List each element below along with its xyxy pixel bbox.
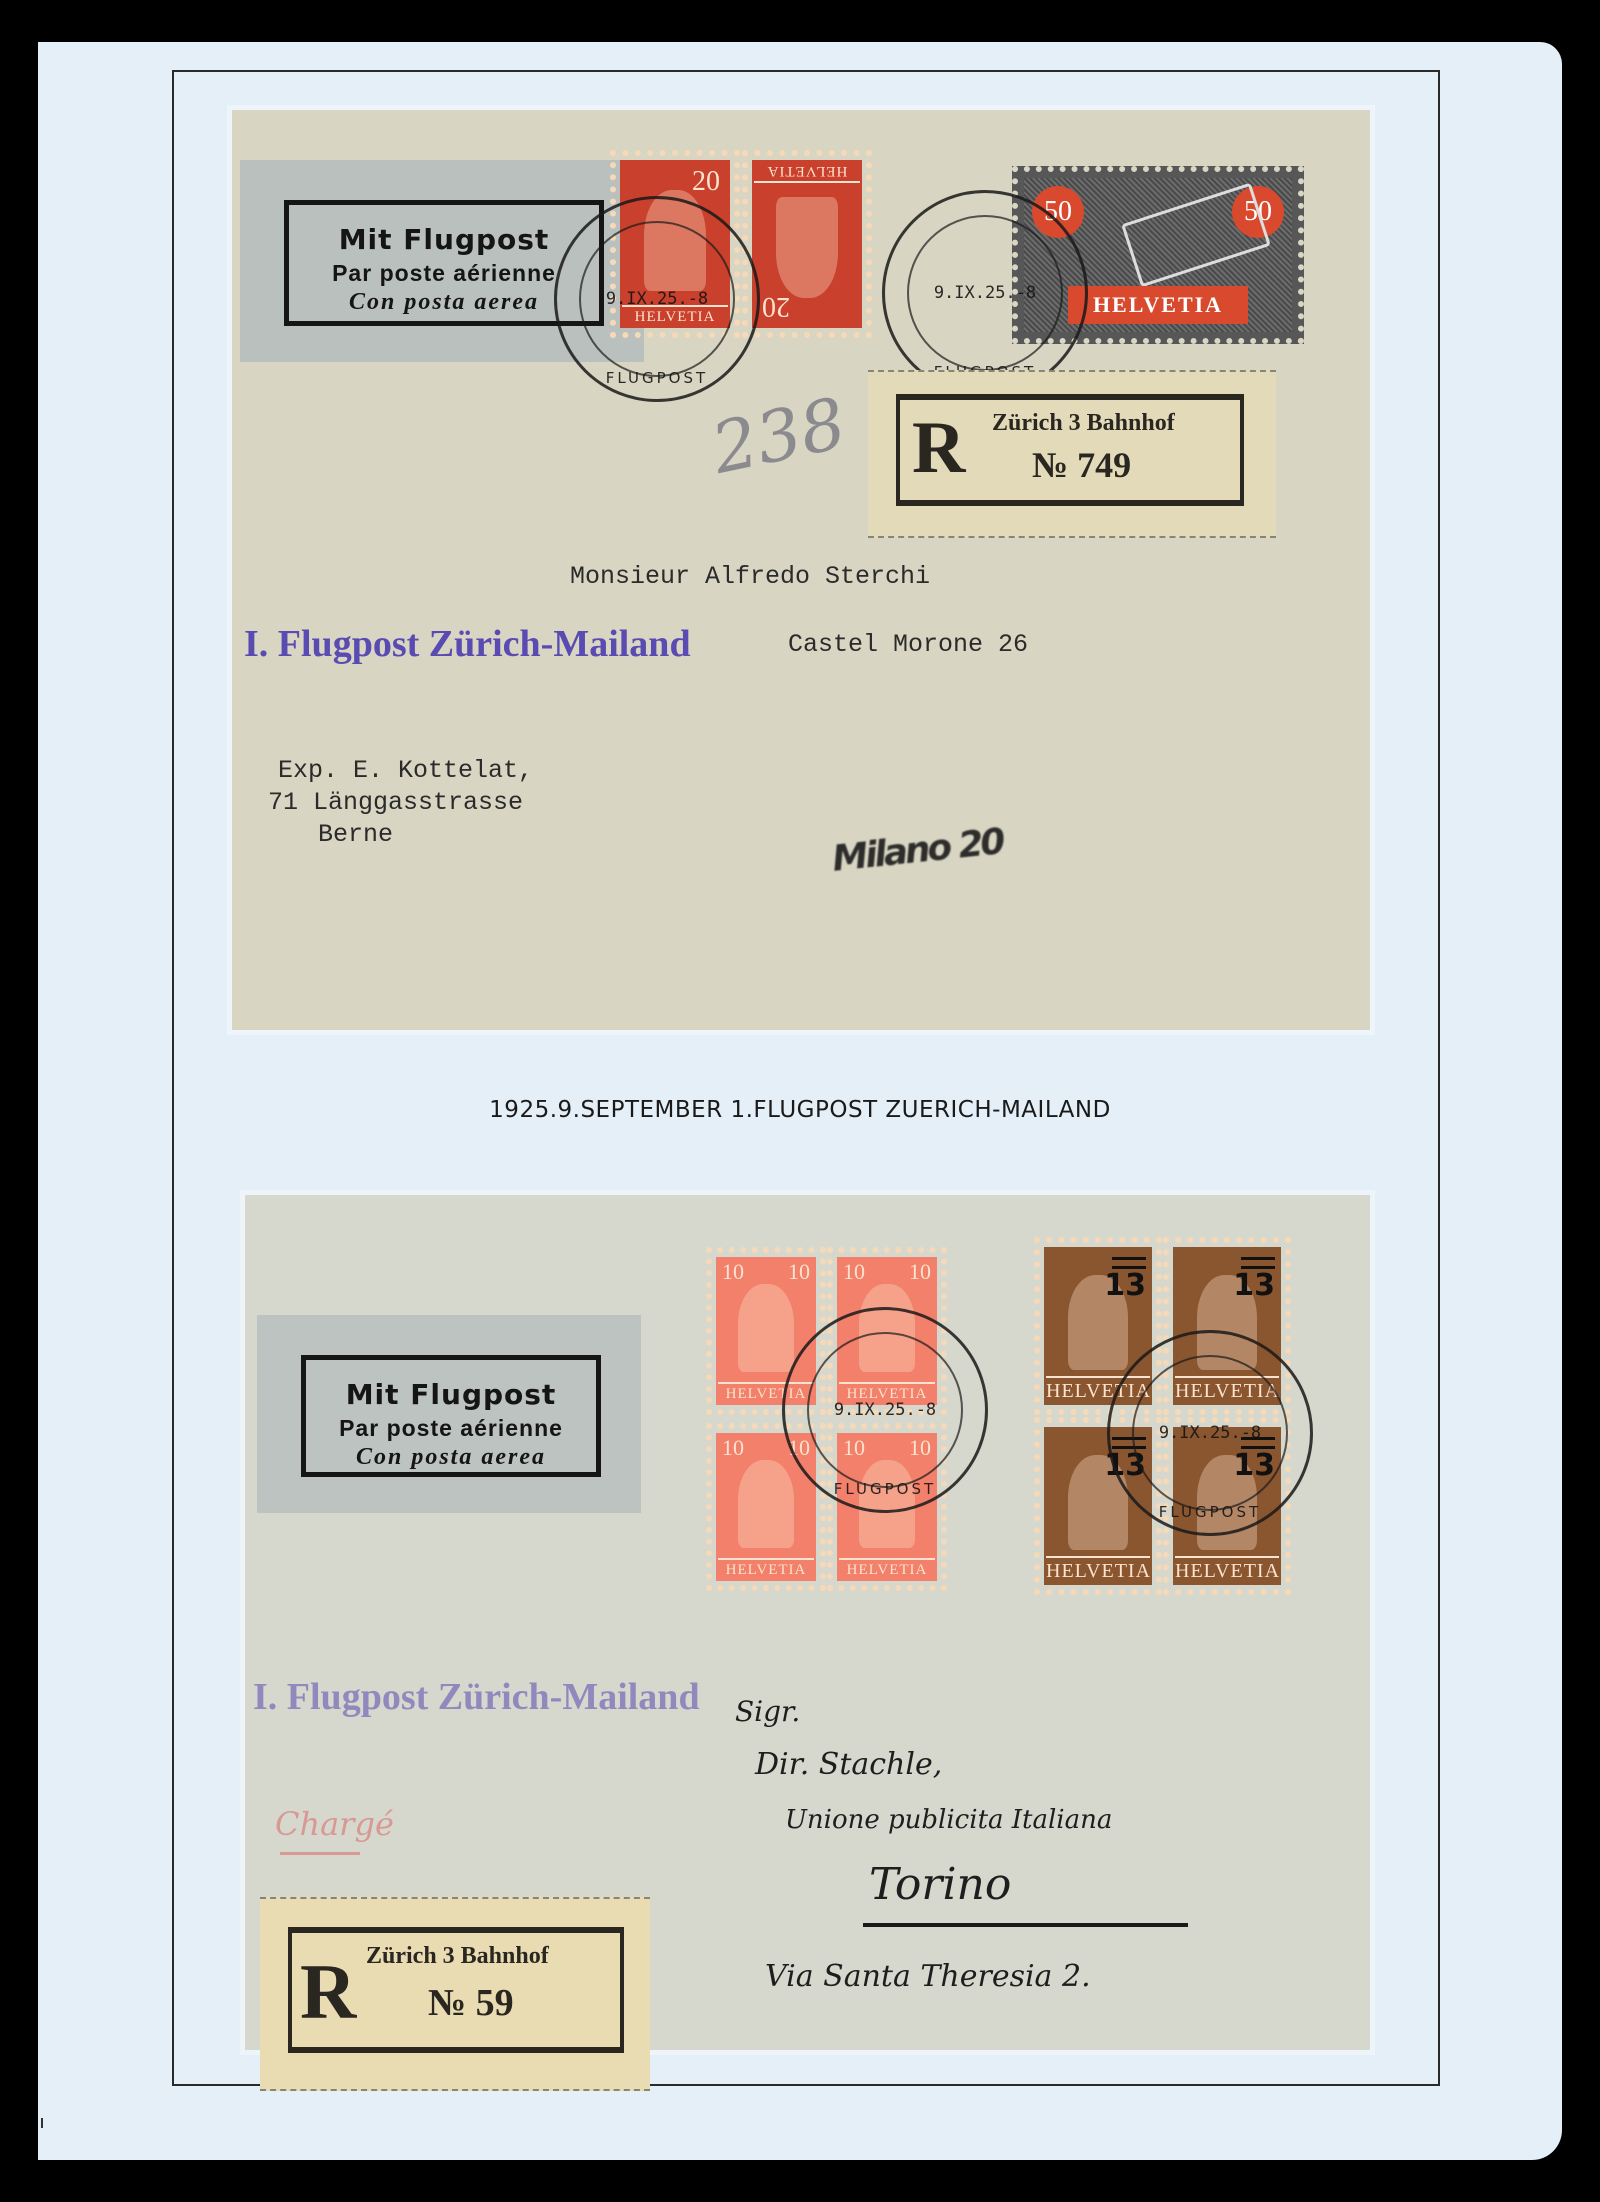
obliterated-address: Milano 20 xyxy=(830,821,1004,880)
registration-number: № 749 xyxy=(1032,444,1131,486)
stamp-value: 10 xyxy=(722,1435,744,1461)
addressee-name: Monsieur Alfredo Sterchi xyxy=(570,562,930,591)
postmark-zurich-flugpost: 9.IX.25.-8 FLUGPOST xyxy=(1107,1330,1313,1536)
stamp-country: HELVETIA xyxy=(839,1558,935,1579)
cover-1: Mit Flugpost Par poste aérienne Con post… xyxy=(232,110,1370,1030)
postmark-text: FLUGPOST xyxy=(1110,1503,1310,1521)
charge-note: Chargé xyxy=(275,1805,394,1843)
airmail-label-italian: Con posta aerea xyxy=(306,1444,596,1471)
postmark-zurich-flugpost: 9.IX.25.-8 FLUGPOST xyxy=(782,1307,988,1513)
registration-label: R Zürich 3 Bahnhof № 59 xyxy=(260,1897,650,2091)
airmail-label-french: Par poste aérienne xyxy=(306,1415,596,1442)
airmail-label: Mit Flugpost Par poste aérienne Con post… xyxy=(257,1315,641,1513)
registration-label-frame: R Zürich 3 Bahnhof № 59 xyxy=(288,1927,624,2053)
surcharge-overprint: 13 xyxy=(1233,1257,1275,1301)
city-underline xyxy=(863,1923,1188,1927)
postmark-date: 9.IX.25.-8 xyxy=(557,289,757,309)
album-caption: 1925.9.SEPTEMBER 1.FLUGPOST ZUERICH-MAIL… xyxy=(0,1097,1600,1123)
sender-street: 71 Länggasstrasse xyxy=(268,788,523,817)
registration-letter: R xyxy=(912,406,965,491)
pencil-note: 238 xyxy=(705,382,853,490)
addressee-company: Unione publicita Italiana xyxy=(785,1805,1112,1835)
registration-label-frame: R Zürich 3 Bahnhof № 749 xyxy=(896,394,1244,506)
postmark-text: FLUGPOST xyxy=(557,369,757,387)
addressee-name: Dir. Stachle, xyxy=(755,1747,942,1782)
airmail-label-german: Mit Flugpost xyxy=(306,1378,596,1411)
stamp-value: 20 xyxy=(762,290,790,322)
stamp-value: 10 xyxy=(909,1259,931,1285)
stamp-20c-tell-inverted: 20 HELVETIA xyxy=(742,150,872,338)
registration-number: № 59 xyxy=(428,1981,514,2025)
stamp-value: 20 xyxy=(692,166,720,198)
first-flight-cachet: I. Flugpost Zürich-Mailand xyxy=(253,1675,700,1719)
airmail-label-frame: Mit Flugpost Par poste aérienne Con post… xyxy=(301,1355,601,1477)
charge-underline xyxy=(280,1852,360,1855)
stamp-country: HELVETIA xyxy=(1046,1556,1150,1583)
registration-label: R Zürich 3 Bahnhof № 749 xyxy=(868,370,1276,538)
page-edge-mark xyxy=(41,2118,43,2128)
cover-2: Mit Flugpost Par poste aérienne Con post… xyxy=(245,1195,1370,2050)
stamp-value: 10 xyxy=(843,1259,865,1285)
stamp-country: HELVETIA xyxy=(1175,1556,1279,1583)
postmark-text: FLUGPOST xyxy=(785,1480,985,1498)
sender-name: Exp. E. Kottelat, xyxy=(278,756,533,785)
postmark-date: 9.IX.25.-8 xyxy=(1110,1423,1310,1443)
postmark-zurich-flugpost: 9.IX.25.-8 FLUGPOST xyxy=(554,196,760,402)
william-tell-portrait xyxy=(776,197,838,298)
stamp-country: HELVETIA xyxy=(718,1558,814,1579)
addressee-city: Torino xyxy=(869,1859,1011,1910)
sender-city: Berne xyxy=(318,820,393,849)
postmark-date: 9.IX.25.-8 xyxy=(785,1400,985,1420)
stamp-country: HELVETIA xyxy=(1068,286,1248,324)
stamp-country: HELVETIA xyxy=(754,162,860,183)
airmail-label-italian: Con posta aerea xyxy=(289,289,599,316)
registration-office: Zürich 3 Bahnhof xyxy=(992,410,1175,437)
registration-office: Zürich 3 Bahnhof xyxy=(366,1943,549,1970)
addressee-street: Castel Morone 26 xyxy=(788,630,1028,659)
airmail-label-french: Par poste aérienne xyxy=(289,260,599,287)
postmark-zurich-flugpost: 9.IX.25.-8 FLUGPOST xyxy=(882,190,1088,396)
addressee-street: Via Santa Theresia 2. xyxy=(765,1959,1091,1994)
airmail-label-german: Mit Flugpost xyxy=(289,223,599,256)
stamp-value: 10 xyxy=(788,1259,810,1285)
postmark-date: 9.IX.25.-8 xyxy=(885,283,1085,303)
surcharge-overprint: 13 xyxy=(1104,1257,1146,1301)
addressee-title: Sigr. xyxy=(735,1695,800,1728)
registration-letter: R xyxy=(300,1947,356,2037)
stamp-value: 10 xyxy=(722,1259,744,1285)
first-flight-cachet: I. Flugpost Zürich-Mailand xyxy=(244,622,691,666)
